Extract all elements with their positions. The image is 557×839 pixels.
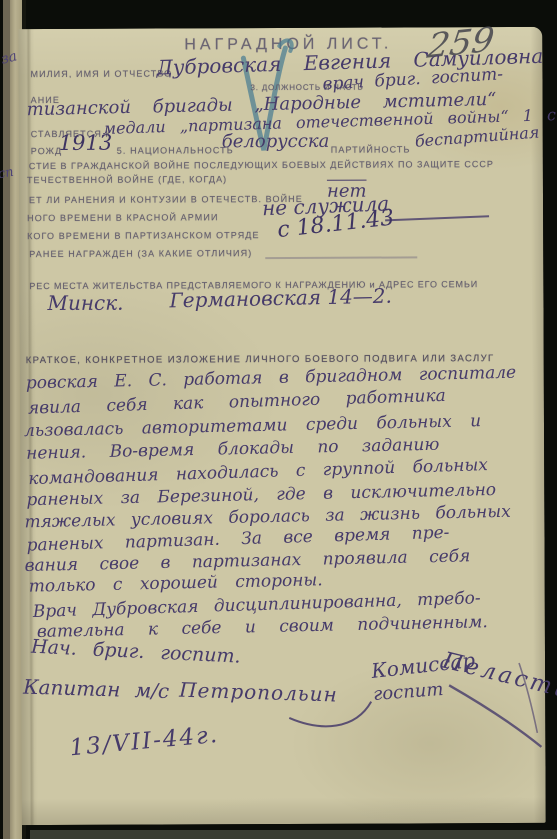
field-value-nationality: белорусска <box>222 131 330 152</box>
field-label-civil-war: СТИЕ В ГРАЖДАНСКОЙ ВОЙНЕ ПОСЛЕДУЮЩИХ БОЕ… <box>29 159 494 171</box>
field-label-nationality: 5. НАЦИОНАЛЬНОСТЬ <box>117 145 234 156</box>
underlying-page-bottom <box>30 830 557 839</box>
field-value-birth-year: 1913 <box>59 131 113 155</box>
field-value-address-street: Германовская 14—2. <box>169 284 392 313</box>
field-label-patriotic-war: ТЕЧЕСТВЕННОЙ ВОЙНЕ (ГДЕ, КОГДА) <box>27 174 227 185</box>
blank-line <box>265 256 417 258</box>
document-date: 13/VII-44г. <box>69 722 221 762</box>
signature-commissar-title2: госпит <box>372 679 444 705</box>
field-value-address-city: Минск. <box>47 291 123 315</box>
signature-chief-title: Нач. бриг. госпит. <box>31 636 242 668</box>
field-label-red-army: НОГО ВРЕМЕНИ В КРАСНОЙ АРМИИ <box>27 212 218 223</box>
field-label-partisan-since: КОГО ВРЕМЕНИ В ПАРТИЗАНСКОМ ОТРЯДЕ <box>27 230 259 241</box>
field-label-previous-awards: РАНЕЕ НАГРАЖДЕН (ЗА КАКИЕ ОТЛИЧИЯ) <box>29 248 252 259</box>
field-label-name: МИЛИЯ, ИМЯ И ОТЧЕСТВО <box>30 68 172 79</box>
signature-commissar-autograph: Пеласти <box>440 648 557 705</box>
field-label-party: ПАРТИЙНОСТЬ <box>331 144 411 154</box>
signature-chief-rank: Капитан м/с <box>23 675 170 703</box>
award-sheet-page: НАГРАДНОЙ ЛИСТ. 259 МИЛИЯ, ИМЯ И ОТЧЕСТВ… <box>18 27 545 825</box>
signature-chief-name: Петропольин <box>179 678 338 707</box>
margin-note: сп <box>0 165 15 182</box>
field-label-birth-year: РОЖД <box>31 146 62 156</box>
ink-underline <box>385 215 489 221</box>
scanned-award-document: за сп НАГРАДНОЙ ЛИСТ. 259 МИЛИЯ, ИМЯ И О… <box>0 0 557 839</box>
